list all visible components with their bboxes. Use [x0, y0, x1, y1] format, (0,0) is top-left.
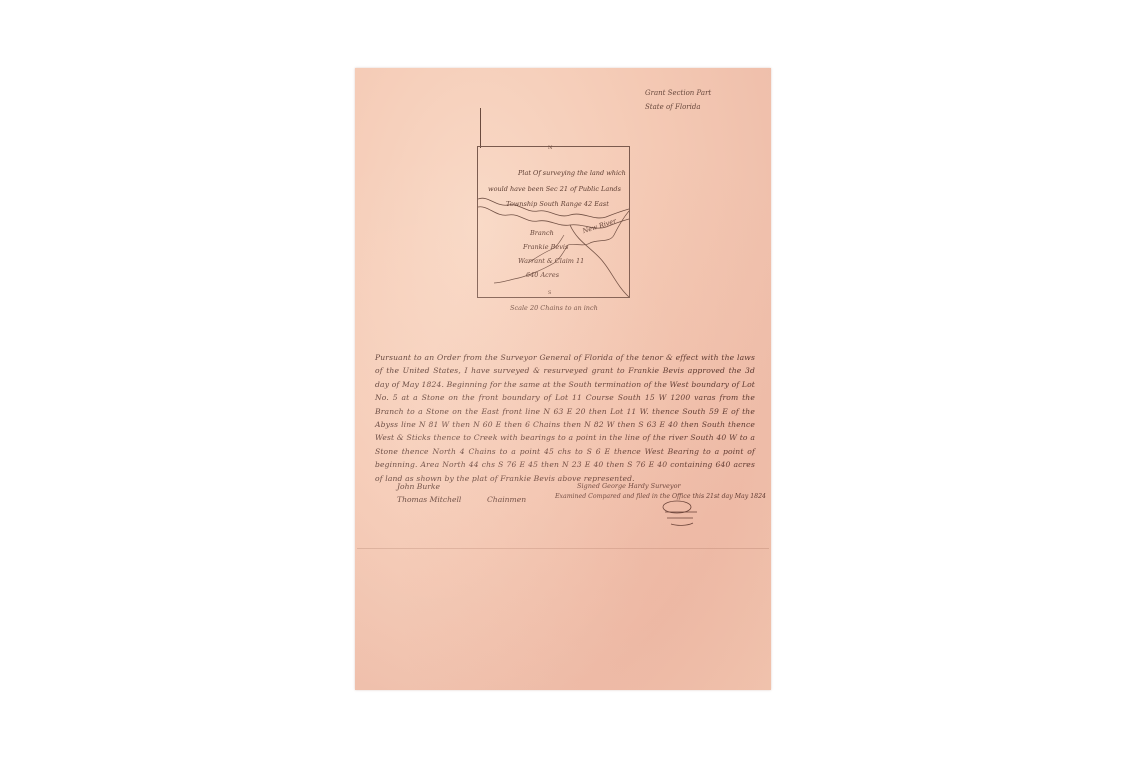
map-label: Warrant & Claim 11 — [518, 257, 584, 265]
chain-carrier-name: Thomas Mitchell — [397, 495, 461, 504]
map-label: Branch — [530, 229, 554, 237]
chain-carrier-name: John Burke — [397, 482, 440, 491]
header-note-line: State of Florida — [645, 100, 711, 114]
meridian-line — [480, 108, 481, 148]
document-page: Grant Section Part State of Florida N S … — [355, 68, 771, 690]
map-title-line: Township South Range 42 East — [506, 200, 609, 208]
map-title-line: would have been Sec 21 of Public Lands — [488, 185, 621, 193]
seal-flourish-icon — [657, 498, 703, 528]
map-label: Frankie Bevis — [523, 243, 568, 251]
survey-map: N S Plat Of surveying the land which wou… — [477, 146, 630, 298]
fold-line — [357, 548, 769, 549]
map-scale-text: Scale 20 Chains to an inch — [510, 304, 598, 312]
header-note-line: Grant Section Part — [645, 86, 711, 100]
map-south-label: S — [548, 290, 551, 296]
header-note: Grant Section Part State of Florida — [645, 86, 711, 114]
map-north-label: N — [548, 145, 552, 151]
surveyor-signature: Signed George Hardy Surveyor — [577, 482, 681, 490]
survey-description: Pursuant to an Order from the Surveyor G… — [375, 351, 755, 485]
map-title-line: Plat Of surveying the land which — [518, 169, 626, 177]
map-label: 640 Acres — [526, 271, 559, 279]
chain-carriers-role: Chainmen — [487, 495, 526, 504]
